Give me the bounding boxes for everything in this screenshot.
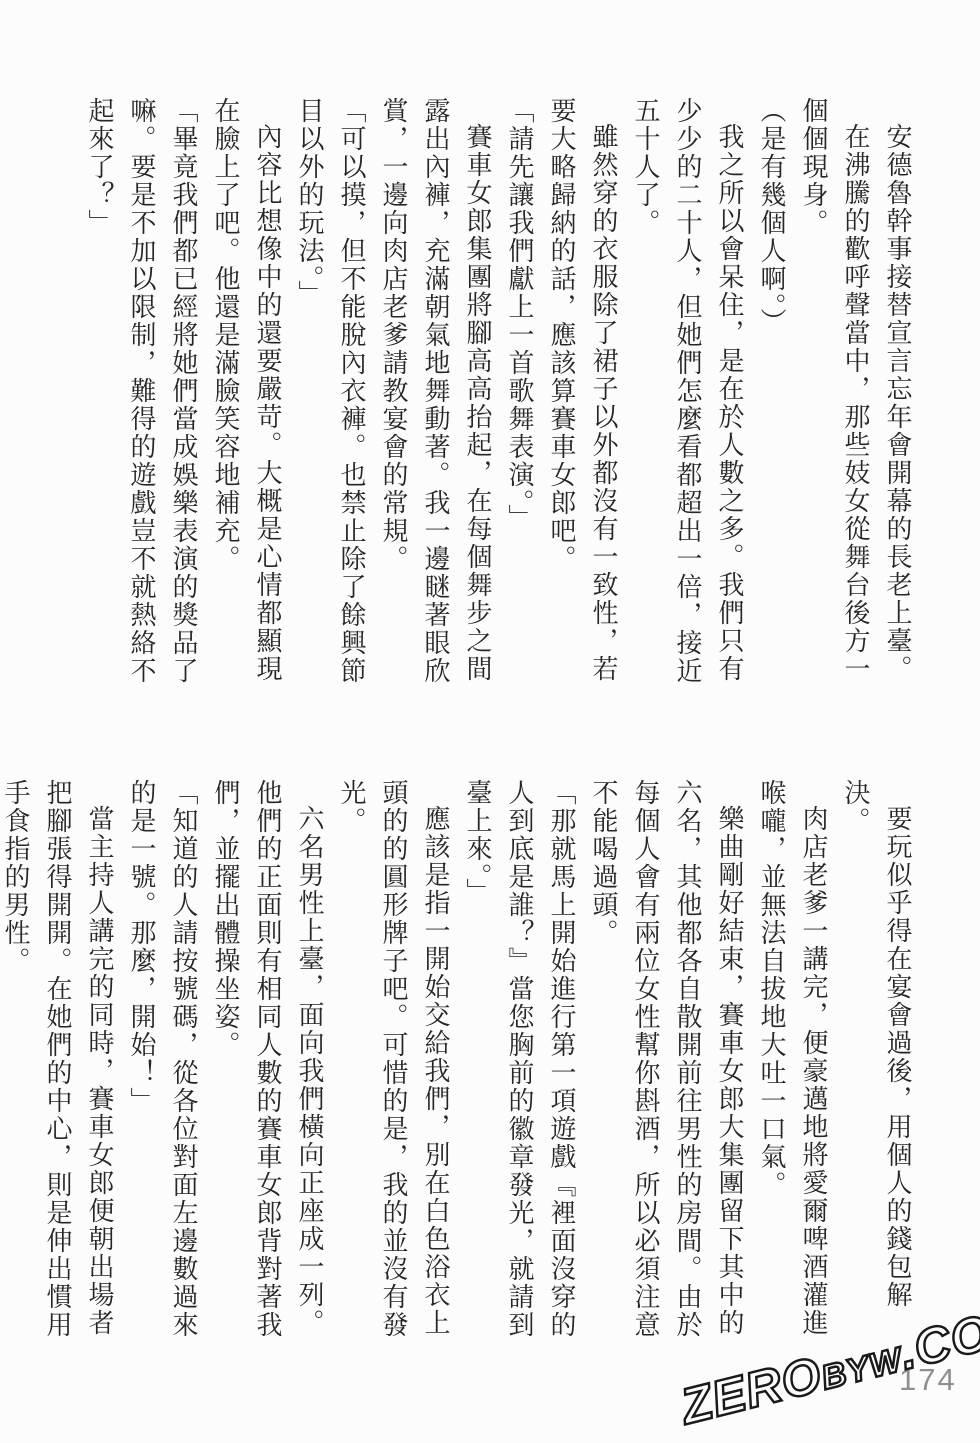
paragraph: 六名男性上臺，面向我們橫向正座成一列。他們的正面則有相同人數的賽車女郎背對著我們… xyxy=(204,779,330,1351)
paragraph: 當主持人講完的同時，賽車女郎便朝出場者把腳張得開開。在她們的中心，則是伸出慣用手… xyxy=(0,779,120,1351)
paragraph: 樂曲剛好結束，賽車女郎大集團留下其中的六名，其他都各自散開前往男性的房間。由於每… xyxy=(582,779,750,1351)
text-block-top: 安德魯幹事接替宣言忘年會開幕的長老上臺。在沸騰的歡呼聲當中，那些妓女從舞台後方一… xyxy=(62,97,918,704)
paragraph: 「可以摸，但不能脫內衣褲。也禁止除了餘興節目以外的玩法。」 xyxy=(288,97,372,704)
paragraph: 在沸騰的歡呼聲當中，那些妓女從舞台後方一個個現身。 xyxy=(792,97,876,704)
paragraph: 肉店老爹一講完，便豪邁地將愛爾啤酒灌進喉嚨，並無法自拔地大吐一口氣。 xyxy=(750,779,834,1351)
paragraph: （是有幾個人啊。） xyxy=(750,97,792,704)
paragraph: 「請先讓我們獻上一首歌舞表演。」 xyxy=(498,97,540,704)
paragraph: 我之所以會呆住，是在於人數之多。我們只有少少的二十人，但她們怎麼看都超出一倍，接… xyxy=(624,97,750,704)
watermark-segment-byw: BYW xyxy=(817,1341,906,1398)
paragraph: 應該是指一開始交給我們，別在白色浴衣上頭的的圓形牌子吧。可惜的是，我的並沒有發光… xyxy=(330,779,456,1351)
paragraph: 「知道的人請按號碼，從各位對面左邊數過來的是一號。那麼，開始！」 xyxy=(120,779,204,1351)
paragraph: 「那就馬上開始進行第一項遊戲『裡面沒穿的人到底是誰？』當您胸前的徽章發光，就請到… xyxy=(456,779,582,1351)
watermark-segment-zero: ZERO xyxy=(675,1346,827,1435)
paragraph: 賽車女郎集團將腳高高抬起，在每個舞步之間露出內褲，充滿朝氣地舞動著。我一邊瞇著眼… xyxy=(372,97,498,704)
text-block-bottom: 要玩似乎得在宴會過後，用個人的錢包解決。肉店老爹一講完，便豪邁地將愛爾啤酒灌進喉… xyxy=(62,779,918,1351)
book-page: 安德魯幹事接替宣言忘年會開幕的長老上臺。在沸騰的歡呼聲當中，那些妓女從舞台後方一… xyxy=(0,0,980,1443)
paragraph: 內容比想像中的還要嚴苛。大概是心情都顯現在臉上了吧。他還是滿臉笑容地補充。 xyxy=(204,97,288,704)
paragraph: 要玩似乎得在宴會過後，用個人的錢包解決。 xyxy=(834,779,918,1351)
paragraph: 安德魯幹事接替宣言忘年會開幕的長老上臺。 xyxy=(876,97,918,704)
paragraph: 「畢竟我們都已經將她們當成娛樂表演的獎品了嘛。要是不加以限制，難得的遊戲豈不就熱… xyxy=(78,97,204,704)
paragraph: 雖然穿的衣服除了裙子以外都沒有一致性，若要大略歸納的話，應該算賽車女郎吧。 xyxy=(540,97,624,704)
